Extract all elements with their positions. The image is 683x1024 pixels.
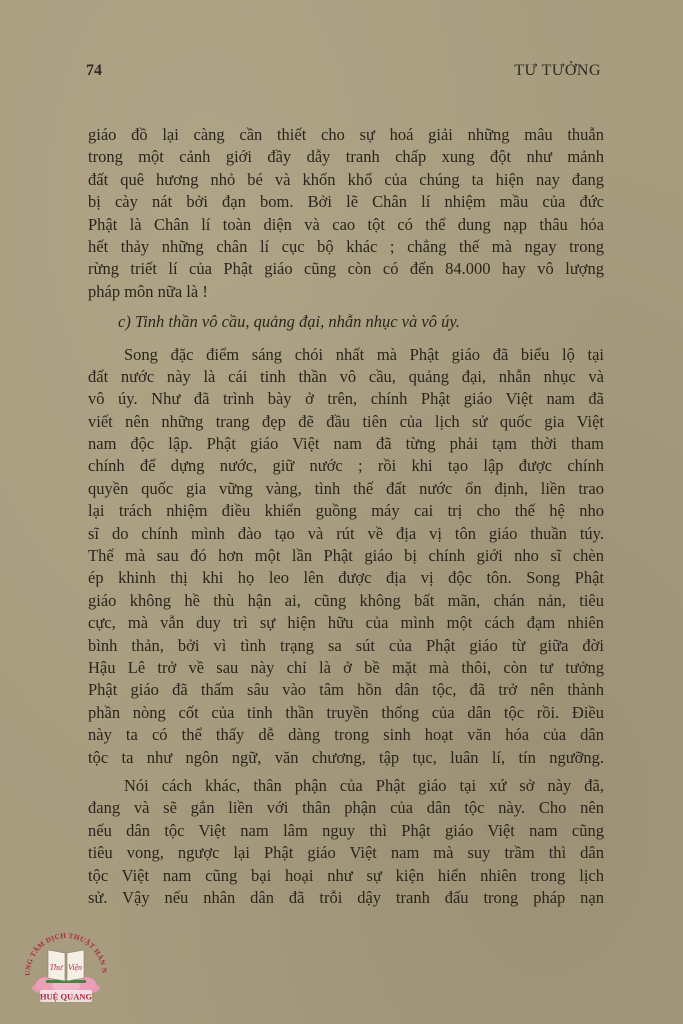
text-line: chính để dựng nước, giữ nước ; rồi khi t… [88,455,604,477]
text-line: này ta có thể thấy dễ dàng trong sinh ho… [88,724,604,746]
running-title: TƯ TƯỞNG [514,62,601,80]
text-line: nam độc lập. Phật giáo Việt nam đã từng … [88,433,604,455]
svg-text:Viện: Viện [68,963,82,972]
text-line: tộc ta như ngôn ngữ, văn chương, tập tục… [88,747,604,769]
page-header: 74 TƯ TƯỞNG [86,60,601,84]
text-line: Phật là Chân lí toàn diện và cao tột có … [88,214,604,236]
text-line: bị cày nát bởi đạn bom. Bởi lẽ Chân lí n… [88,191,604,213]
text-line: Thế mà sau đó hơn một lần Phật giáo bị c… [88,545,604,567]
section-heading: c) Tinh thần vô cầu, quảng đại, nhẫn nhụ… [88,311,604,333]
text-line: sử. Vậy nếu nhân dân đã trỗi dậy tranh đ… [88,887,604,909]
text-line: vô úy. Như đã trình bày ở trên, chính Ph… [88,388,604,410]
text-line: giáo không hề thù hận ai, cũng không bất… [88,590,604,612]
text-line: ép khinh thị khi họ leo lên được địa vị … [88,567,604,589]
scanned-book-page: 74 TƯ TƯỞNG giáo đồ lại càng cần thiết c… [0,0,683,1024]
text-line: lại trách nhiệm điều khiển guồng máy cai… [88,500,604,522]
text-line: viết nên những trang đẹp đẽ đầu tiên của… [88,411,604,433]
svg-text:Thư: Thư [50,963,63,972]
text-line: đang và sẽ gắn liền với thân phận của dâ… [88,797,604,819]
page-number: 74 [86,62,102,80]
paragraph-1: giáo đồ lại càng cần thiết cho sự hoá gi… [88,124,604,303]
text-line: đất quê hương nhỏ bé và khốn khổ của chú… [88,169,604,191]
hue-quang-logo: TRUNG TÂM DỊCH THUẬT HÁN NÔM Thư Viện HU… [20,928,112,1008]
paragraph-3: Nói cách khác, thân phận của Phật giáo t… [88,775,604,909]
body-text: giáo đồ lại càng cần thiết cho sự hoá gi… [88,124,604,909]
text-line: nếu dân tộc Việt nam lâm nguy thì Phật g… [88,820,604,842]
text-line: Phật giáo đã thấm sâu vào tâm hồn dân tộ… [88,679,604,701]
text-line: rừng triết lí của Phật giáo cũng còn có … [88,258,604,280]
paragraph-2: Song đặc điểm sáng chói nhất mà Phật giá… [88,344,604,769]
text-line: giáo đồ lại càng cần thiết cho sự hoá gi… [88,124,604,146]
text-line: trong một cảnh giới đầy dẫy tranh chấp x… [88,146,604,168]
text-line: sĩ do chính mình đào tạo và rút về địa v… [88,523,604,545]
text-line: Nói cách khác, thân phận của Phật giáo t… [88,775,604,797]
text-line: tộc Việt nam cũng bại hoại như sự kiện h… [88,865,604,887]
svg-text:HUỆ QUANG: HUỆ QUANG [40,992,93,1002]
text-line: phần nòng cốt của tinh thần truyền thống… [88,702,604,724]
text-line: pháp môn nữa là ! [88,281,604,303]
logo-emblem-icon: TRUNG TÂM DỊCH THUẬT HÁN NÔM Thư Viện HU… [20,928,112,1008]
text-line: tiêu vong, ngược lại Phật giáo Việt nam … [88,842,604,864]
text-line: Song đặc điểm sáng chói nhất mà Phật giá… [88,344,604,366]
text-line: Hậu Lê trở về sau này chỉ là ở bề mặt mà… [88,657,604,679]
text-line: quyền quốc gia vững vàng, tình thế đất n… [88,478,604,500]
text-line: hết thảy những chân lí cục bộ khác ; chẳ… [88,236,604,258]
text-line: cực, mà vẫn duy trì sự hiện hữu của mình… [88,612,604,634]
text-line: đất nước này là cái tinh thần vô cầu, qu… [88,366,604,388]
text-line: bình thản, bởi vì tình trạng sa sút của … [88,635,604,657]
